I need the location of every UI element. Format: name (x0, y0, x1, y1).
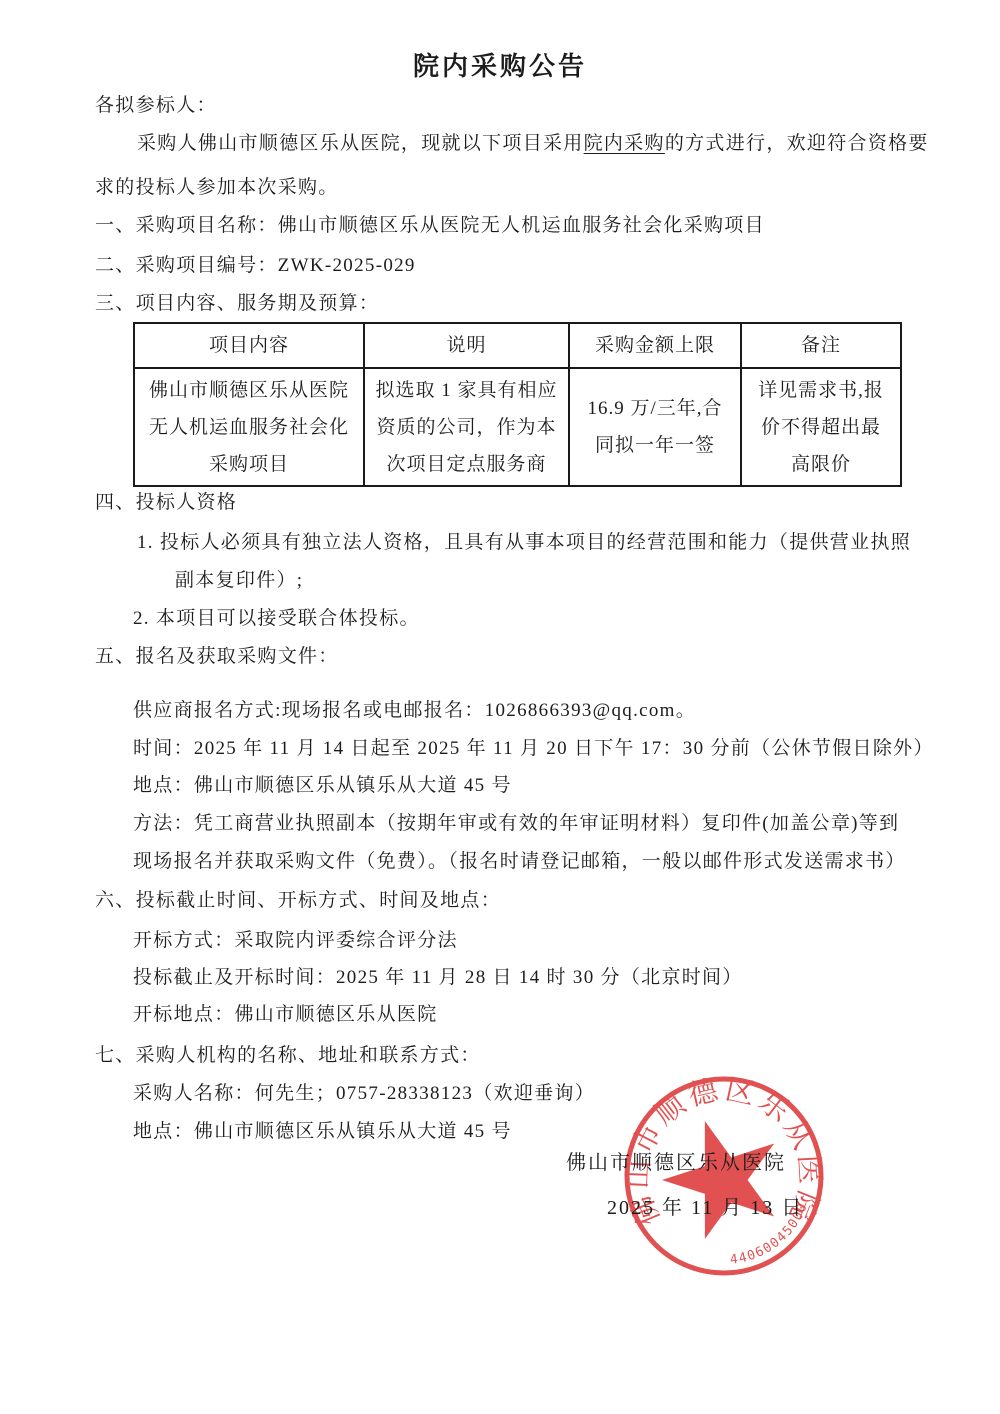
registration-address-line: 地点：佛山市顺德区乐从镇乐从大道 45 号 (133, 770, 512, 797)
purchaser-address-line: 地点：佛山市顺德区乐从镇乐从大道 45 号 (133, 1116, 512, 1143)
registration-procedure-line-1: 方法：凭工商营业执照副本（按期年审或有效的年审证明材料）复印件(加盖公章)等到 (133, 808, 899, 835)
registration-time-line: 时间：2025 年 11 月 14 日起至 2025 年 11 月 20 日下午… (133, 733, 934, 760)
intro-part2: 的方式进行，欢迎符合资格要 (665, 133, 929, 154)
table-header-description: 说明 (364, 323, 569, 368)
signature-date: 2025 年 11 月 13 日 (607, 1191, 803, 1220)
section-3-heading: 三、项目内容、服务期及预算： (95, 288, 379, 315)
table-cell-project: 佛山市顺德区乐从医院无人机运血服务社会化采购项目 (134, 368, 364, 486)
table-cell-remark: 详见需求书,报价不得超出最高限价 (741, 368, 901, 486)
intro-part1: 采购人佛山市顺德区乐从医院，现就以下项目采用 (137, 133, 584, 154)
salutation: 各拟参标人： (95, 90, 217, 117)
registration-procedure-line-2: 现场报名并获取采购文件（免费）。（报名时请登记邮箱，一般以邮件形式发送需求书） (133, 846, 906, 873)
section-4-item-2: 2. 本项目可以接受联合体投标。 (133, 603, 420, 630)
table-header-project: 项目内容 (134, 323, 364, 368)
project-table: 项目内容 说明 采购金额上限 备注 佛山市顺德区乐从医院无人机运血服务社会化采购… (133, 322, 902, 487)
bid-deadline-line: 投标截止及开标时间：2025 年 11 月 28 日 14 时 30 分（北京时… (133, 962, 743, 989)
intro-underlined-term: 院内采购 (584, 133, 665, 154)
intro-line-2: 求的投标人参加本次采购。 (95, 172, 339, 199)
section-4-item-1-line-1: 1. 投标人必须具有独立法人资格，且具有从事本项目的经营范围和能力（提供营业执照 (137, 527, 911, 554)
section-4-item-1-line-2: 副本复印件）; (175, 565, 303, 592)
signature-organization: 佛山市顺德区乐从医院 (566, 1146, 786, 1175)
section-6-heading: 六、投标截止时间、开标方式、时间及地点： (95, 885, 501, 912)
table-row: 佛山市顺德区乐从医院无人机运血服务社会化采购项目 拟选取 1 家具有相应资质的公… (134, 368, 901, 486)
table-cell-budget: 16.9 万/三年,合同拟一年一签 (569, 368, 741, 486)
section-1-heading: 一、采购项目名称：佛山市顺德区乐从医院无人机运血服务社会化采购项目 (95, 210, 765, 237)
page-title: 院内采购公告 (0, 46, 1000, 83)
section-4-heading: 四、投标人资格 (95, 487, 237, 514)
bid-opening-method-line: 开标方式：采取院内评委综合评分法 (133, 925, 458, 952)
table-header-row: 项目内容 说明 采购金额上限 备注 (134, 323, 901, 368)
section-7-heading: 七、采购人机构的名称、地址和联系方式： (95, 1040, 481, 1067)
purchaser-contact-line: 采购人名称：何先生；0757-28338123（欢迎垂询） (133, 1078, 595, 1105)
table-header-remark: 备注 (741, 323, 901, 368)
document-page: 院内采购公告 各拟参标人： 采购人佛山市顺德区乐从医院，现就以下项目采用院内采购… (0, 0, 1000, 1414)
registration-method-line: 供应商报名方式:现场报名或电邮报名：1026866393@qq.com。 (133, 695, 696, 722)
section-2-heading: 二、采购项目编号：ZWK-2025-029 (95, 250, 416, 277)
table-cell-description: 拟选取 1 家具有相应资质的公司，作为本次项目定点服务商 (364, 368, 569, 486)
bid-opening-place-line: 开标地点：佛山市顺德区乐从医院 (133, 999, 438, 1026)
seal-svg: 佛山市顺德区乐从医院 4406004500031 (618, 1070, 830, 1282)
intro-line-1: 采购人佛山市顺德区乐从医院，现就以下项目采用院内采购的方式进行，欢迎符合资格要 (137, 128, 929, 155)
section-5-heading: 五、报名及获取采购文件： (95, 641, 339, 668)
official-seal-stamp: 佛山市顺德区乐从医院 4406004500031 (618, 1070, 830, 1282)
table-header-budget: 采购金额上限 (569, 323, 741, 368)
